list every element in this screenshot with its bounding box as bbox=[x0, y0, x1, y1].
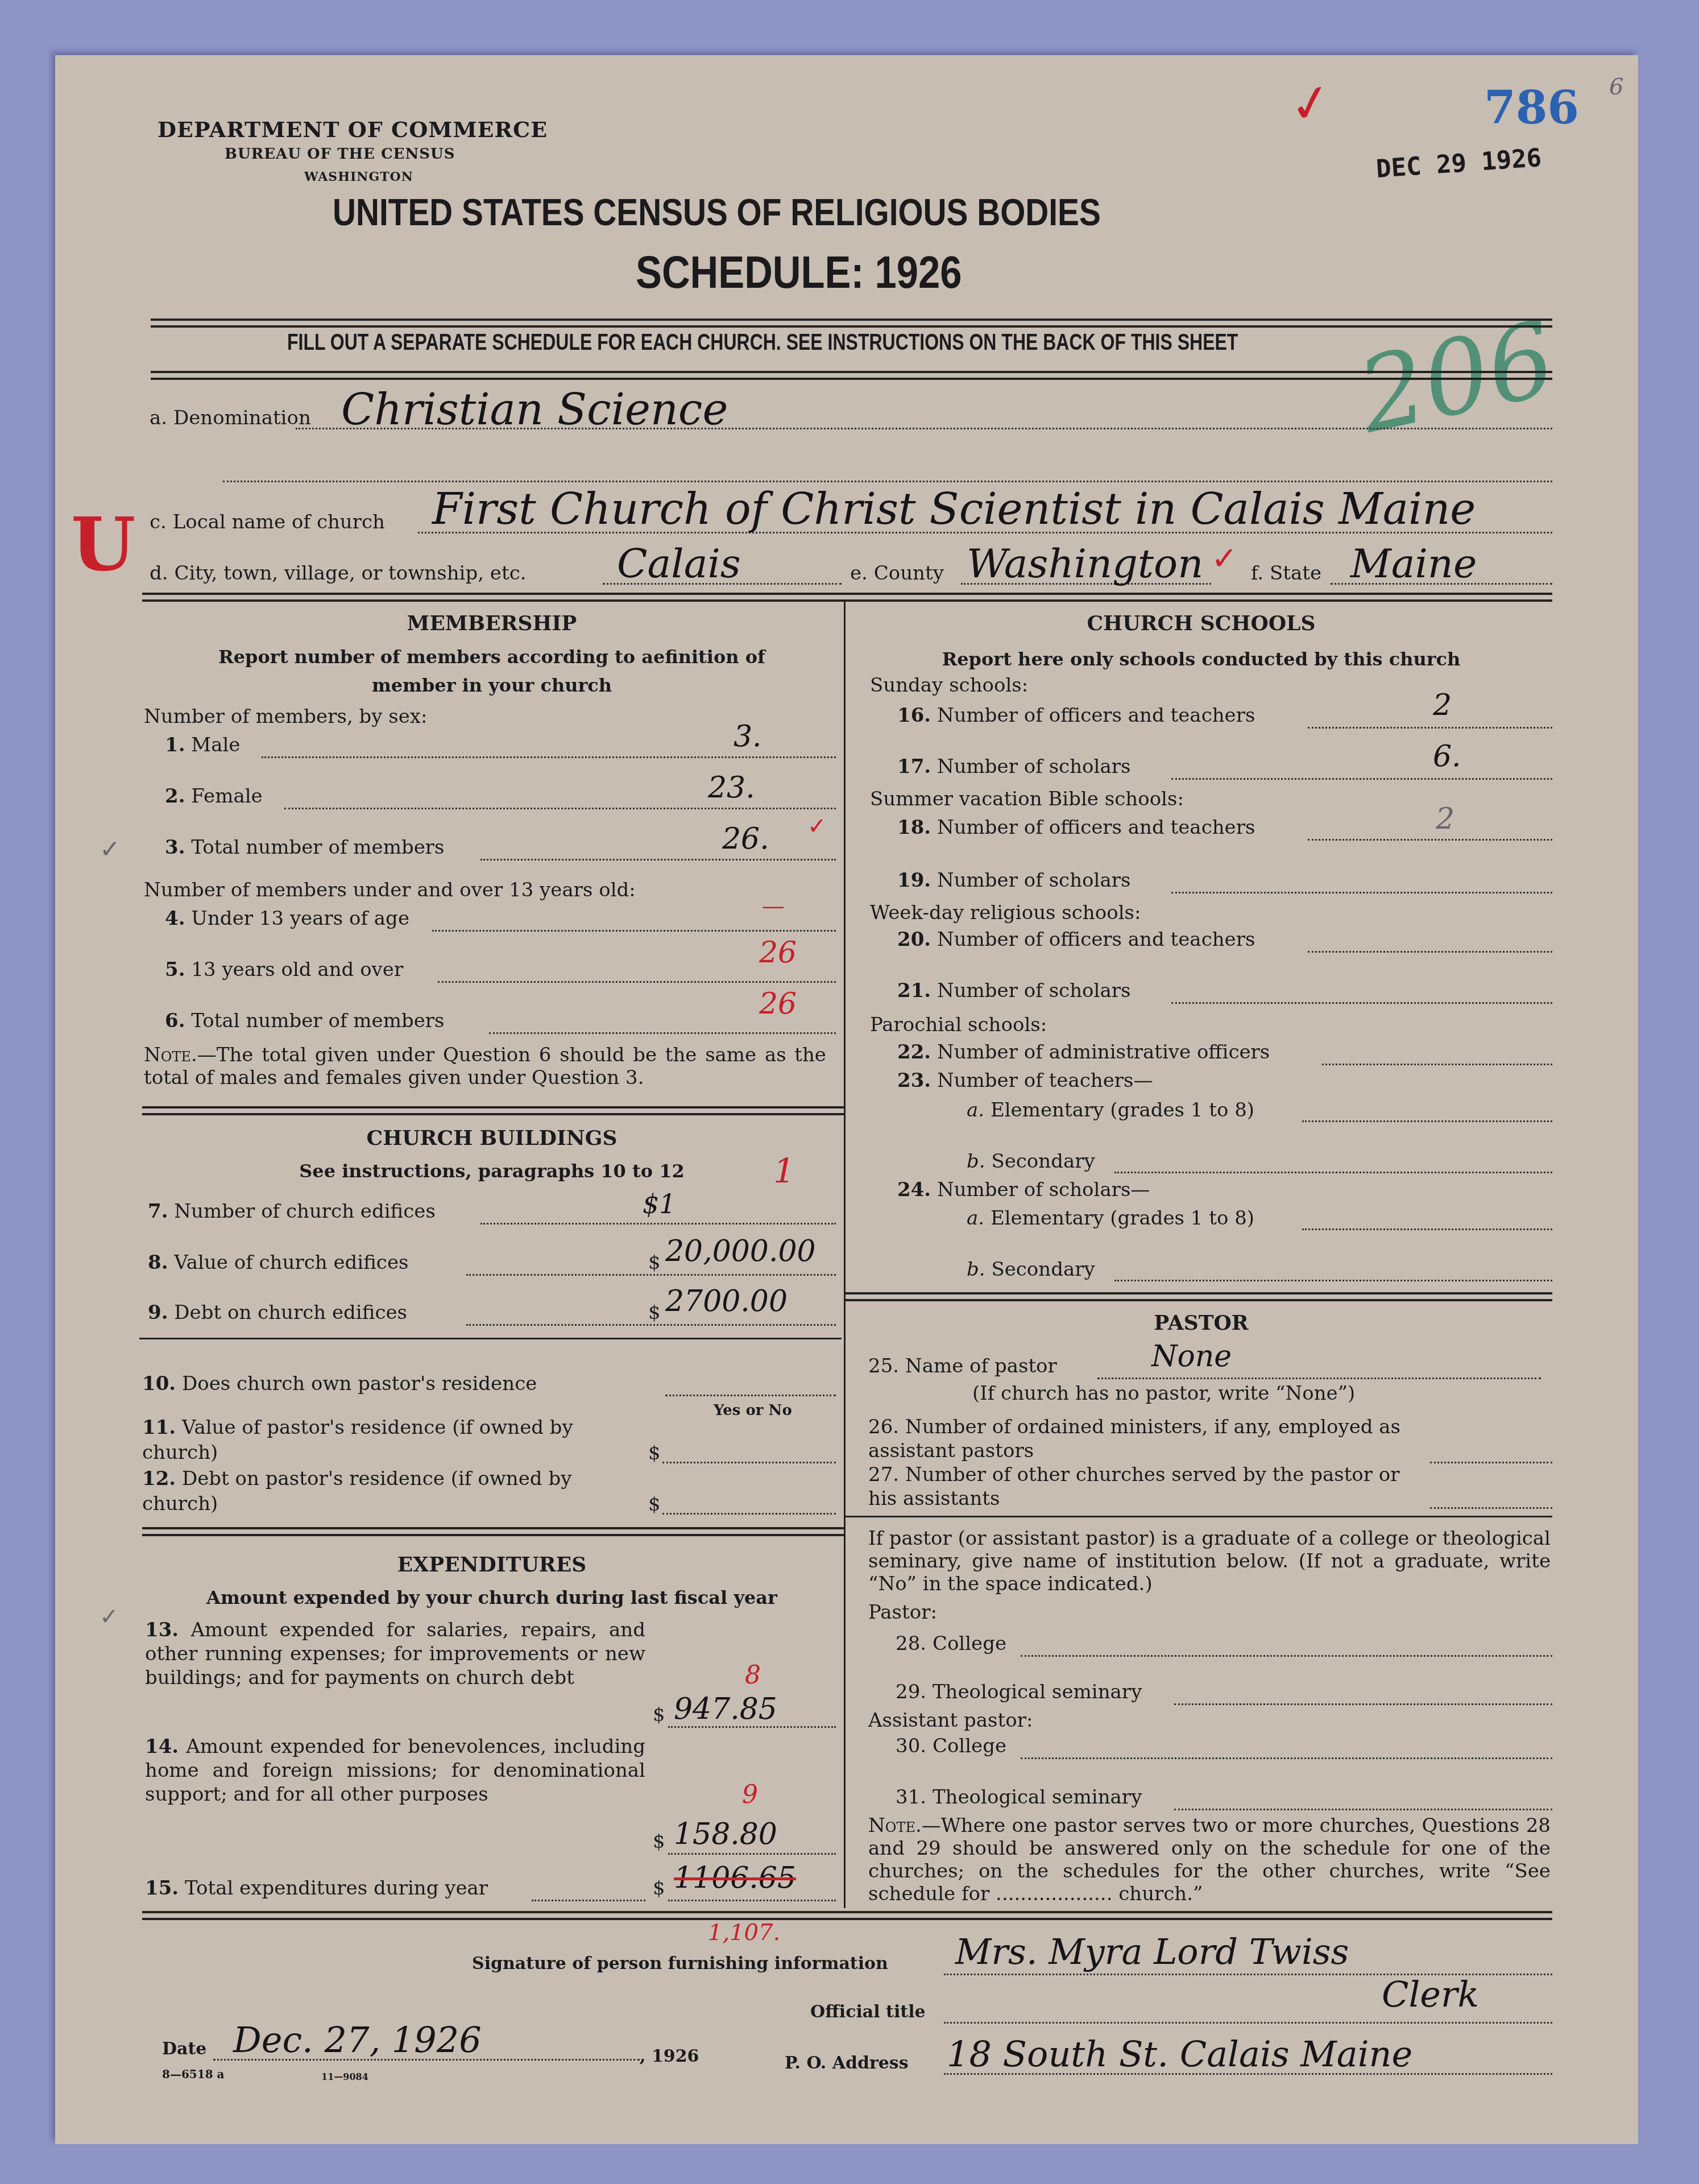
school-row: 23. Number of teachers— bbox=[897, 1069, 1153, 1092]
document-title: UNITED STATES CENSUS OF RELIGIOUS BODIES bbox=[333, 191, 1101, 234]
sunday-teachers-field[interactable]: 2 bbox=[1433, 688, 1452, 722]
pastor-name-field[interactable]: None bbox=[1151, 1339, 1232, 1374]
other-churches-field[interactable] bbox=[1430, 1507, 1552, 1509]
official-title-label: Official title bbox=[810, 2002, 926, 2022]
red-tick: ✓ bbox=[807, 813, 827, 839]
po-address-label: P. O. Address bbox=[785, 2053, 909, 2073]
city-field[interactable]: Calais bbox=[617, 540, 741, 587]
church-buildings-subheading: See instructions, paragraphs 10 to 12 bbox=[142, 1160, 842, 1182]
weekday-teachers-field[interactable] bbox=[1308, 951, 1552, 953]
summer-teachers-field[interactable]: 2 bbox=[1436, 802, 1454, 836]
members-by-age-label: Number of members under and over 13 year… bbox=[144, 879, 636, 901]
pastor-name-label: 25. Name of pastor bbox=[868, 1355, 1057, 1378]
bureau-heading: BUREAU OF THE CENSUS bbox=[225, 146, 455, 163]
print-number: 11—9084 bbox=[321, 2071, 368, 2082]
department-heading: DEPARTMENT OF COMMERCE bbox=[158, 117, 548, 142]
official-title-field[interactable]: Clerk bbox=[1382, 1974, 1479, 2015]
members-by-sex-label: Number of members, by sex: bbox=[144, 705, 427, 728]
edifice-value-field[interactable]: 20,000.00 bbox=[665, 1234, 816, 1268]
city-heading: WASHINGTON bbox=[304, 169, 413, 184]
summer-schools-label: Summer vacation Bible schools: bbox=[870, 788, 1184, 810]
state-field[interactable]: Maine bbox=[1350, 540, 1477, 587]
church-buildings-heading: CHURCH BUILDINGS bbox=[142, 1126, 842, 1150]
membership-end-rule bbox=[142, 1106, 844, 1115]
over-13-field[interactable]: 26 bbox=[759, 936, 797, 970]
corner-pencil-mark: 6 bbox=[1609, 74, 1623, 100]
section-double-rule bbox=[142, 593, 1552, 602]
over-13-label: 13 years old and over bbox=[191, 958, 403, 981]
pencil-check-mark: ✓ bbox=[100, 1604, 119, 1630]
county-label: e. County bbox=[850, 562, 944, 585]
total-members-label: Total number of members bbox=[191, 836, 444, 859]
pastor-name-line bbox=[1097, 1378, 1541, 1379]
pencil-check-mark: ✓ bbox=[100, 835, 121, 864]
signature-label: Signature of person furnishing informati… bbox=[472, 1954, 888, 1974]
assistant-pastors-field[interactable] bbox=[1430, 1462, 1552, 1463]
total-members-field[interactable]: 26. bbox=[722, 822, 769, 856]
date-label: Date bbox=[162, 2039, 206, 2059]
under-13-label: Under 13 years of age bbox=[191, 907, 409, 930]
weekday-schools-label: Week-day religious schools: bbox=[870, 901, 1141, 924]
buildings-end-rule bbox=[142, 1527, 844, 1536]
denomination-continuation-line bbox=[223, 481, 1552, 482]
membership-heading: MEMBERSHIP bbox=[142, 611, 842, 635]
secondary-teachers-field[interactable] bbox=[1114, 1172, 1552, 1173]
column-divider bbox=[844, 600, 846, 1908]
college-label: 28. College bbox=[896, 1632, 1006, 1655]
residence-debt-field[interactable] bbox=[662, 1513, 836, 1515]
edifices-count-field[interactable]: $1 bbox=[643, 1189, 676, 1219]
running-expenses-correction: 8 bbox=[745, 1661, 761, 1690]
total-expenditures-field[interactable]: 1106.65 bbox=[674, 1861, 796, 1895]
official-title-line bbox=[944, 2022, 1552, 2024]
po-address-field[interactable]: 18 South St. Calais Maine bbox=[947, 2033, 1412, 2075]
top-double-rule bbox=[151, 318, 1552, 328]
running-expenses-field[interactable]: 947.85 bbox=[674, 1692, 777, 1726]
assistant-college-field[interactable] bbox=[1021, 1757, 1552, 1759]
pastor-college-field[interactable] bbox=[1021, 1655, 1552, 1657]
local-name-field[interactable]: First Church of Christ Scientist in Cala… bbox=[432, 483, 1476, 534]
expenditures-end-rule bbox=[142, 1911, 1552, 1920]
total-members-age-field[interactable]: 26 bbox=[759, 987, 797, 1021]
signature-field[interactable]: Mrs. Myra Lord Twiss bbox=[955, 1931, 1349, 1972]
denomination-label: a. Denomination bbox=[150, 407, 311, 429]
pastor-rule bbox=[846, 1516, 1552, 1517]
yes-or-no-hint: Yes or No bbox=[714, 1402, 792, 1419]
buildings-rule bbox=[139, 1338, 842, 1339]
local-name-label: c. Local name of church bbox=[150, 511, 385, 533]
form-number: 8—6518 a bbox=[162, 2067, 225, 2081]
total-expenditures-correction: 1,107. bbox=[708, 1920, 780, 1946]
membership-subheading: Report number of members according to ae… bbox=[188, 643, 796, 700]
pastor-seminary-field[interactable] bbox=[1174, 1703, 1552, 1705]
seminary-label: 29. Theological seminary bbox=[896, 1681, 1142, 1703]
county-red-check: ✓ bbox=[1211, 540, 1238, 577]
other-churches-label: 27. Number of other churches served by t… bbox=[868, 1463, 1403, 1511]
female-label: Female bbox=[191, 785, 262, 808]
edifices-count-red-mark: 1 bbox=[773, 1152, 795, 1192]
elementary-scholars-field[interactable] bbox=[1302, 1228, 1552, 1230]
city-label: d. City, town, village, or township, etc… bbox=[150, 562, 527, 585]
weekday-scholars-field[interactable] bbox=[1171, 1002, 1552, 1004]
parochial-schools-label: Parochial schools: bbox=[870, 1014, 1047, 1036]
sunday-schools-label: Sunday schools: bbox=[870, 674, 1028, 697]
assistant-pastors-label: 26. Number of ordained ministers, if any… bbox=[868, 1415, 1403, 1463]
school-row: 24. Number of scholars— bbox=[897, 1178, 1150, 1201]
pastor-note: Note.—Where one pastor serves two or mor… bbox=[868, 1814, 1551, 1905]
red-u-margin-mark: U bbox=[71, 500, 135, 588]
assistant-seminary-label: 31. Theological seminary bbox=[896, 1786, 1142, 1809]
assistant-pastor-subheading: Assistant pastor: bbox=[868, 1709, 1033, 1732]
male-label: Male bbox=[191, 734, 240, 756]
summer-scholars-field[interactable] bbox=[1171, 892, 1552, 894]
pastor-subheading: Pastor: bbox=[868, 1601, 937, 1624]
date-field[interactable]: Dec. 27, 1926 bbox=[233, 2019, 482, 2061]
banner-double-rule bbox=[151, 371, 1552, 380]
church-schools-subheading: Report here only schools conducted by th… bbox=[850, 648, 1552, 670]
pastor-heading: PASTOR bbox=[850, 1311, 1552, 1335]
state-label: f. State bbox=[1251, 562, 1321, 585]
graduate-instructions: If pastor (or assistant pastor) is a gra… bbox=[868, 1527, 1551, 1595]
secondary-scholars-field[interactable] bbox=[1114, 1280, 1552, 1281]
expenditures-subheading: Amount expended by your church during la… bbox=[142, 1587, 842, 1608]
membership-note: Note.—The total given under Question 6 s… bbox=[144, 1044, 826, 1089]
assistant-seminary-field[interactable] bbox=[1174, 1809, 1552, 1810]
elementary-teachers-field[interactable] bbox=[1302, 1120, 1552, 1122]
male-count-field[interactable]: 3. bbox=[734, 719, 762, 754]
benevolences-correction: 9 bbox=[742, 1780, 758, 1809]
church-schools-heading: CHURCH SCHOOLS bbox=[850, 611, 1552, 635]
instructions-banner: FILL OUT A SEPARATE SCHEDULE FOR EACH CH… bbox=[287, 330, 1238, 355]
schools-end-rule bbox=[846, 1292, 1552, 1301]
file-number-stamp: 786 bbox=[1484, 81, 1579, 134]
under-13-field[interactable]: — bbox=[762, 893, 785, 919]
schedule-title: SCHEDULE: 1926 bbox=[636, 246, 962, 299]
date-year-suffix: , 1926 bbox=[640, 2046, 699, 2066]
edifice-debt-field[interactable]: 2700.00 bbox=[665, 1284, 788, 1318]
residence-value-field[interactable] bbox=[662, 1462, 836, 1463]
denomination-field[interactable]: Christian Science bbox=[341, 384, 728, 435]
assistant-college-label: 30. College bbox=[896, 1735, 1006, 1757]
female-count-field[interactable]: 23. bbox=[708, 771, 755, 805]
owns-residence-field[interactable] bbox=[665, 1395, 836, 1396]
total-members-age-label: Total number of members bbox=[191, 1010, 444, 1032]
parochial-officers-field[interactable] bbox=[1322, 1064, 1552, 1065]
benevolences-field[interactable]: 158.80 bbox=[674, 1817, 777, 1851]
sunday-scholars-field[interactable]: 6. bbox=[1433, 739, 1461, 773]
county-field[interactable]: Washington bbox=[967, 540, 1203, 587]
pastor-name-hint: (If church has no pastor, write “None”) bbox=[972, 1382, 1355, 1405]
expenditures-heading: EXPENDITURES bbox=[142, 1553, 842, 1577]
